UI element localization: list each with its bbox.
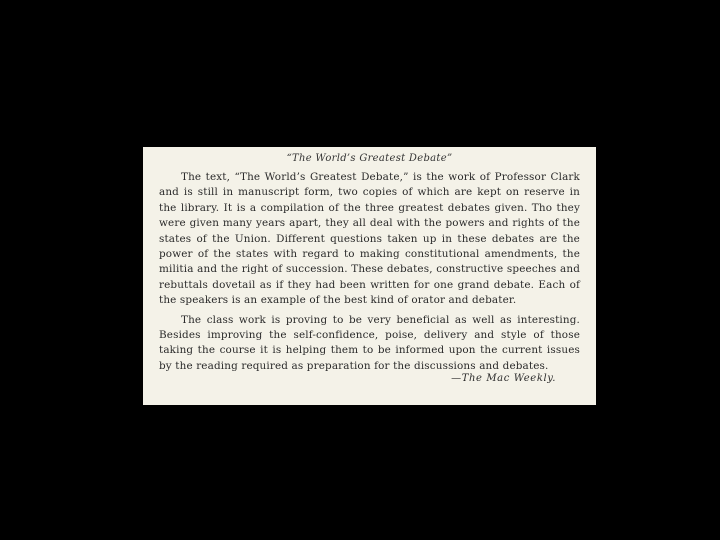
document-page: “The World’s Greatest Debate” The text, … <box>143 147 596 405</box>
article-paragraph-2: The class work is proving to be very ben… <box>159 313 580 375</box>
article-title: “The World’s Greatest Debate” <box>159 153 580 164</box>
article-paragraph-1: The text, “The World’s Greatest Debate,”… <box>159 170 580 309</box>
article-attribution: —The Mac Weekly. <box>159 373 556 384</box>
